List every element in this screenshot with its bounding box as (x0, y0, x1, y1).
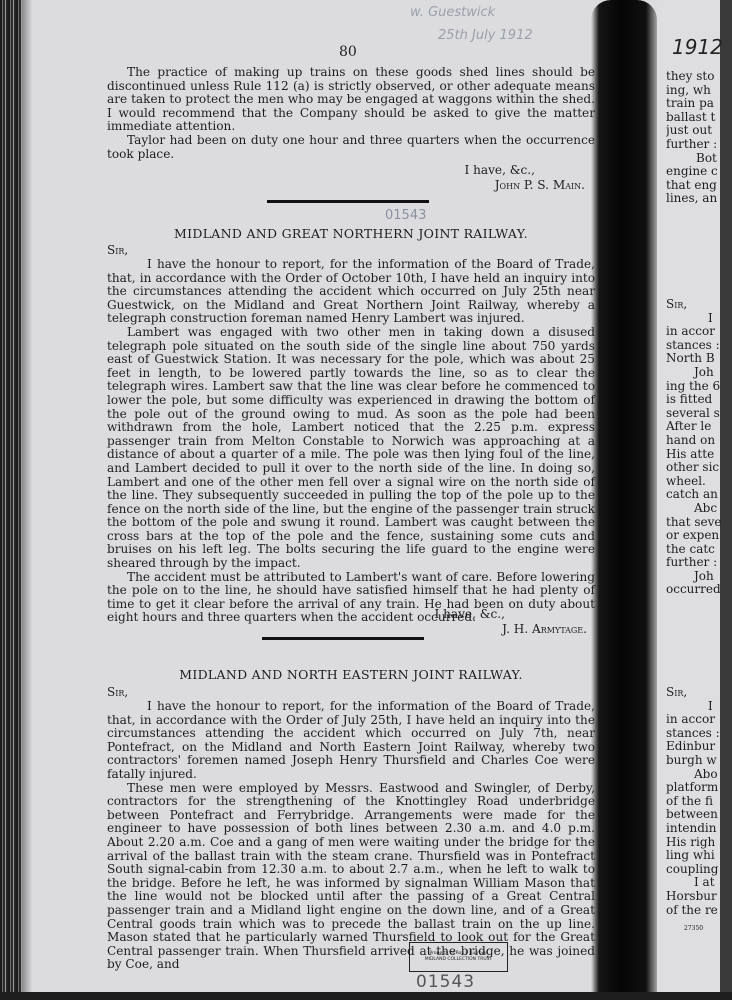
right-page-text-block: Sir, I in accor stances : Edinbur burgh … (666, 686, 726, 917)
text-line: Sir, (666, 298, 726, 312)
text-line: ling whi (666, 849, 726, 863)
text-line: hand on (666, 434, 726, 448)
text-line: of the re (666, 904, 726, 918)
salutation: Sir, (107, 243, 128, 257)
scan-bottom-edge (0, 992, 732, 1000)
section-body: I have the honour to report, for the inf… (107, 258, 595, 625)
text-line: ing the 6 (666, 380, 726, 394)
section-title: MIDLAND AND NORTH EASTERN JOINT RAILWAY. (107, 667, 595, 682)
catalogue-number: 01543 (416, 972, 475, 992)
text-line: catch an (666, 488, 726, 502)
text-line: Abc (666, 502, 726, 516)
text-line: that eng (666, 179, 726, 193)
stamp-collection: MIDLAND COLLECTION TRUST (410, 957, 507, 963)
text-line: wheel. (666, 475, 726, 489)
text-line: stances : (666, 339, 726, 353)
collection-stamp: Property of Roy F Burrows MIDLAND COLLEC… (409, 942, 508, 972)
paragraph: Lambert was engaged with two other men i… (107, 326, 595, 571)
right-page-text-block: Sir, I in accor stances : North B Joh in… (666, 298, 726, 597)
paragraph: I have the honour to report, for the inf… (107, 258, 595, 326)
paragraph: The practice of making up trains on thes… (107, 66, 595, 134)
text-line: His atte (666, 448, 726, 462)
text-line: occurred (666, 583, 726, 597)
text-line: Bot (666, 152, 726, 166)
closing: I have, &c., (107, 608, 595, 622)
salutation: Sir, (107, 685, 128, 699)
text-line: platform (666, 781, 726, 795)
text-line: just out (666, 124, 726, 138)
closing: I have, &c., (107, 164, 595, 178)
text-line: Joh (666, 366, 726, 380)
page-number: 80 (339, 44, 357, 60)
section-divider (267, 200, 429, 203)
paragraph: These men were employed by Messrs. Eastw… (107, 782, 595, 972)
text-line: ing, wh (666, 84, 726, 98)
text-line: further : (666, 138, 726, 152)
signature: John P. S. Main. (107, 179, 585, 193)
text-line: lines, an (666, 192, 726, 206)
text-line: train pa (666, 97, 726, 111)
text-line: the catc (666, 543, 726, 557)
section-body: I have the honour to report, for the inf… (107, 700, 595, 972)
text-line: Horsbur (666, 890, 726, 904)
text-line: Sir, (666, 686, 726, 700)
text-line: is fitted (666, 393, 726, 407)
binding-shadow (22, 0, 32, 1000)
text-line: in accor (666, 325, 726, 339)
text-line: I (666, 700, 726, 714)
text-line: intendin (666, 822, 726, 836)
text-line: After le (666, 420, 726, 434)
printer-code: 27350 (684, 925, 703, 932)
text-line: Joh (666, 570, 726, 584)
text-line: coupling (666, 863, 726, 877)
text-line: burgh w (666, 754, 726, 768)
paragraph: I have the honour to report, for the inf… (107, 700, 595, 782)
section-continuation: The practice of making up trains on thes… (107, 66, 595, 161)
text-line: between (666, 808, 726, 822)
text-line: that seve (666, 516, 726, 530)
text-line: ballast t (666, 111, 726, 125)
text-line: I (666, 312, 726, 326)
handwritten-note-date: 25th July 1912 (438, 28, 533, 43)
text-line: engine c (666, 165, 726, 179)
text-line: North B (666, 352, 726, 366)
text-line: Edinbur (666, 740, 726, 754)
section-divider (262, 637, 424, 640)
paragraph: Taylor had been on duty one hour and thr… (107, 134, 595, 161)
handwritten-note-location: w. Guestwick (410, 5, 495, 20)
text-line: I at (666, 876, 726, 890)
text-line: further : (666, 556, 726, 570)
section-title: MIDLAND AND GREAT NORTHERN JOINT RAILWAY… (107, 226, 595, 241)
text-line: of the fi (666, 795, 726, 809)
text-line: several s (666, 407, 726, 421)
book-binding-edge (0, 0, 22, 1000)
text-line: His righ (666, 836, 726, 850)
text-line: other sic (666, 461, 726, 475)
text-line: or expen (666, 529, 726, 543)
signature: J. H. Armytage. (107, 623, 587, 637)
text-line: Abo (666, 768, 726, 782)
handwritten-reference: 01543 (385, 208, 426, 223)
text-line: in accor (666, 713, 726, 727)
right-page-text-block: they sto ing, wh train pa ballast t just… (666, 70, 726, 206)
handwritten-year: 1912 (672, 35, 723, 59)
gutter-shadow (591, 0, 657, 1000)
text-line: stances : (666, 727, 726, 741)
text-line: they sto (666, 70, 726, 84)
